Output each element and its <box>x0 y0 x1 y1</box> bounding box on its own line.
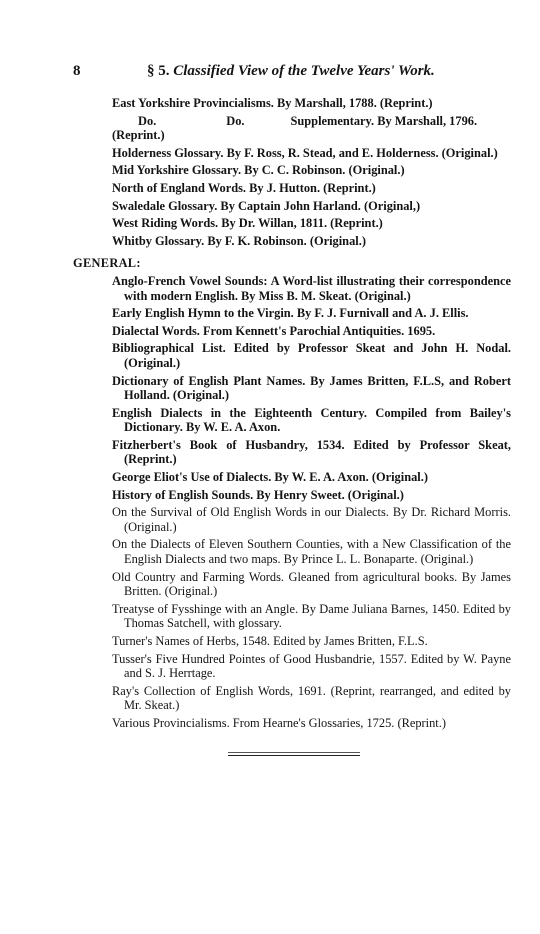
list-item: West Riding Words. By Dr. Willan, 1811. … <box>112 216 511 231</box>
section-title: Classified View of the Twelve Years' Wor… <box>173 63 435 79</box>
list-item-continuation: (Reprint.) <box>112 128 511 143</box>
general-list: Anglo-French Vowel Sounds: A Word-list i… <box>112 274 511 731</box>
page-number: 8 <box>73 63 81 80</box>
running-title: § 5. Classified View of the Twelve Years… <box>147 63 435 80</box>
list-item: English Dialects in the Eighteenth Centu… <box>112 406 511 435</box>
ditto-mark: Do. <box>226 114 244 128</box>
list-item: Mid Yorkshire Glossary. By C. C. Robinso… <box>112 163 511 178</box>
section-end-rule <box>228 755 360 756</box>
list-item: East Yorkshire Provincialisms. By Marsha… <box>112 96 511 111</box>
page-body: East Yorkshire Provincialisms. By Marsha… <box>73 96 513 734</box>
list-item: Fitzherbert's Book of Husbandry, 1534. E… <box>112 438 511 467</box>
list-item: Anglo-French Vowel Sounds: A Word-list i… <box>112 274 511 303</box>
section-number: § 5. <box>147 63 170 79</box>
list-item: Various Provincialisms. From Hearne's Gl… <box>112 716 511 731</box>
yorkshire-list: East Yorkshire Provincialisms. By Marsha… <box>112 96 511 248</box>
section-end-rule <box>228 752 360 753</box>
list-item: Holderness Glossary. By F. Ross, R. Stea… <box>112 146 511 161</box>
entry-text: Supplementary. By Marshall, 1796. <box>291 114 478 128</box>
page-header: 8 § 5. Classified View of the Twelve Yea… <box>73 63 523 83</box>
list-item: On the Dialects of Eleven Southern Count… <box>112 537 511 566</box>
list-item: North of England Words. By J. Hutton. (R… <box>112 181 511 196</box>
list-item: On the Survival of Old English Words in … <box>112 505 511 534</box>
section-heading-general: GENERAL: <box>73 256 513 271</box>
list-item: Whitby Glossary. By F. K. Robinson. (Ori… <box>112 234 511 249</box>
list-item: Do.Do.Supplementary. By Marshall, 1796. <box>112 114 511 129</box>
list-item: Old Country and Farming Words. Gleaned f… <box>112 570 511 599</box>
list-item: Swaledale Glossary. By Captain John Harl… <box>112 199 511 214</box>
list-item: Dialectal Words. From Kennett's Parochia… <box>112 324 511 339</box>
list-item: Ray's Collection of English Words, 1691.… <box>112 684 511 713</box>
list-item: Dictionary of English Plant Names. By Ja… <box>112 374 511 403</box>
list-item: Tusser's Five Hundred Pointes of Good Hu… <box>112 652 511 681</box>
ditto-mark: Do. <box>138 114 156 128</box>
list-item: Treatyse of Fysshinge with an Angle. By … <box>112 602 511 631</box>
list-item: Bibliographical List. Edited by Professo… <box>112 341 511 370</box>
list-item: Early English Hymn to the Virgin. By F. … <box>112 306 511 321</box>
list-item: History of English Sounds. By Henry Swee… <box>112 488 511 503</box>
list-item: George Eliot's Use of Dialects. By W. E.… <box>112 470 511 485</box>
list-item: Turner's Names of Herbs, 1548. Edited by… <box>112 634 511 649</box>
